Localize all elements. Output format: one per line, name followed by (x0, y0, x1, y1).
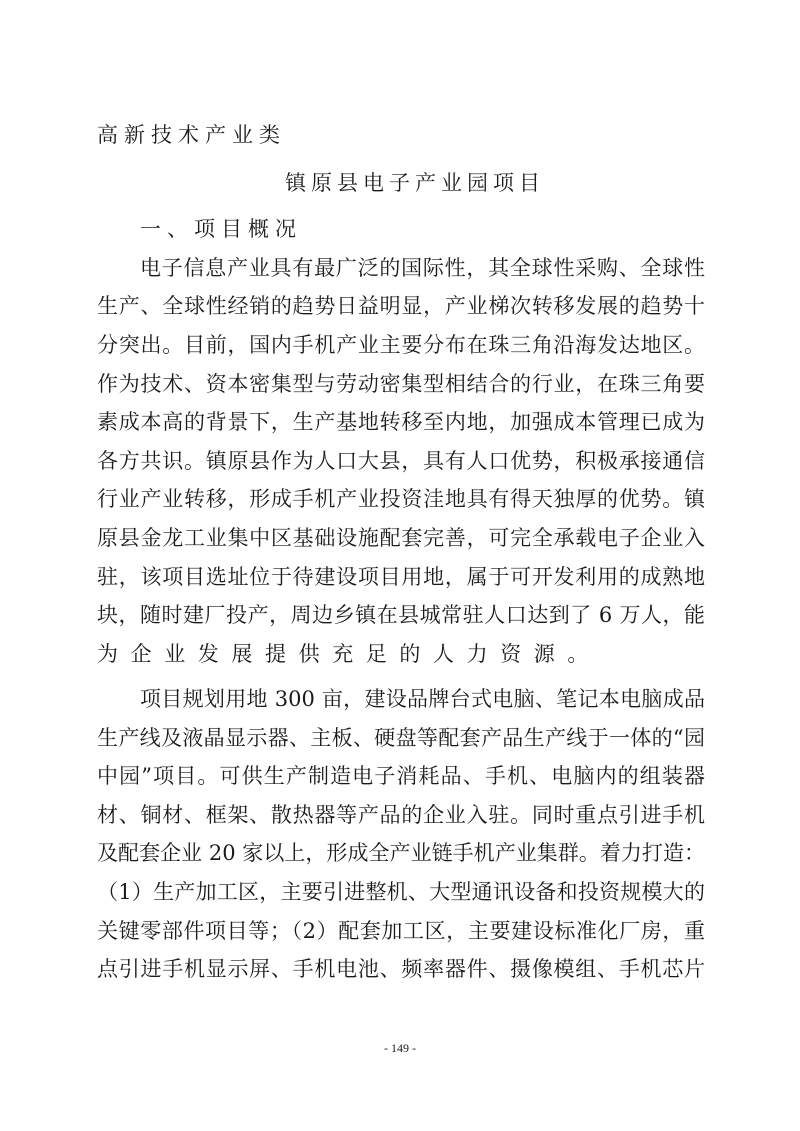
paragraph-1-line: 为企业发展提供充足的人力资源。 (97, 639, 705, 669)
document-page: 高新技术产业类 镇原县电子产业园项目 一、项目概况 电子信息产业具有最广泛的国际… (0, 0, 800, 1131)
paragraph-1-line: 驻，该项目选址位于待建设项目用地，属于可开发利用的成熟地 (97, 562, 705, 592)
paragraph-2-line: 中园”项目。可供生产制造电子消耗品、手机、电脑内的组装器 (97, 761, 705, 791)
paragraph-1-line: 块，随时建厂投产，周边乡镇在县城常驻人口达到了 6 万人，能 (97, 600, 705, 630)
document-title: 镇原县电子产业园项目 (0, 168, 800, 198)
category-label: 高新技术产业类 (97, 120, 286, 150)
paragraph-2-line: 生产线及液晶显示器、主板、硬盘等配套产品生产线于一体的“园 (97, 723, 705, 753)
paragraph-1-line: 素成本高的背景下，生产基地转移至内地，加强成本管理已成为 (97, 407, 705, 437)
paragraph-1-line: 生产、全球性经销的趋势日益明显，产业梯次转移发展的趋势十 (97, 291, 705, 321)
paragraph-1-line: 原县金龙工业集中区基础设施配套完善，可完全承载电子企业入 (97, 523, 705, 553)
paragraph-2-line: 点引进手机显示屏、手机电池、频率器件、摄像模组、手机芯片 (97, 954, 705, 984)
paragraph-1-line: 作为技术、资本密集型与劳动密集型相结合的行业，在珠三角要 (97, 369, 705, 399)
paragraph-1-line: 行业产业转移，形成手机产业投资洼地具有得天独厚的优势。镇 (97, 484, 705, 514)
paragraph-2-line: 关键零部件项目等；（2）配套加工区，主要建设标准化厂房，重 (97, 916, 705, 946)
section-heading: 一、项目概况 (140, 214, 302, 244)
paragraph-1-line: 分突出。目前，国内手机产业主要分布在珠三角沿海发达地区。 (97, 330, 705, 360)
paragraph-2-line: 项目规划用地 300 亩，建设品牌台式电脑、笔记本电脑成品 (140, 684, 705, 714)
paragraph-2-line: （1）生产加工区，主要引进整机、大型通讯设备和投资规模大的 (97, 877, 705, 907)
paragraph-2-line: 材、铜材、框架、散热器等产品的企业入驻。同时重点引进手机 (97, 800, 705, 830)
page-number: - 149 - (0, 1040, 800, 1056)
paragraph-1-line: 各方共识。镇原县作为人口大县，具有人口优势，积极承接通信 (97, 446, 705, 476)
paragraph-2-line: 及配套企业 20 家以上，形成全产业链手机产业集群。着力打造： (97, 838, 705, 868)
paragraph-1-line: 电子信息产业具有最广泛的国际性，其全球性采购、全球性 (140, 253, 705, 283)
